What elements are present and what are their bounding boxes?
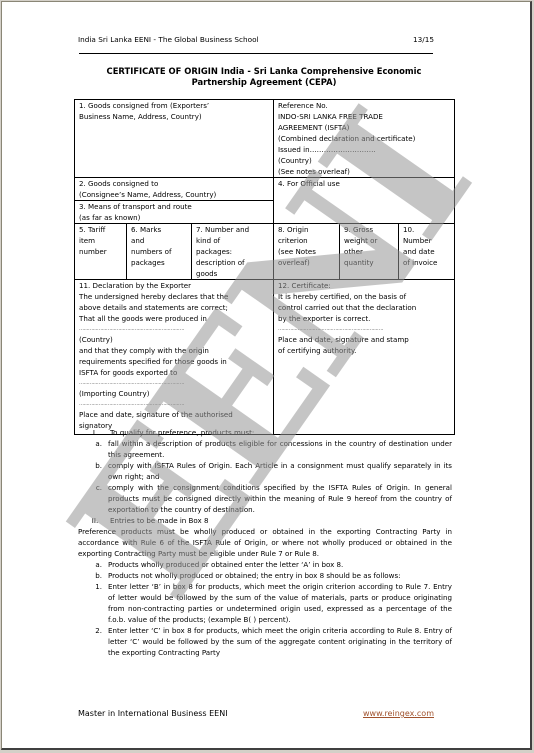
note-text: Products not wholly produced or obtained… [108,570,452,581]
box-12-certificate: 12. Certificate: It is hereby certified,… [274,280,455,435]
note-number: 1. [78,581,108,625]
box-11-heading: 11. Declaration by the Exporter [79,280,269,291]
box-12-text: It is hereby certified, on the basis of … [278,291,450,324]
box-11-text: The undersigned hereby declares that the… [79,291,269,324]
box-11-compliance-text: and that they comply with the origin req… [79,345,269,378]
note-I-a: a. fall within a description of products… [78,438,452,460]
document-title: CERTIFICATE OF ORIGIN India - Sri Lanka … [74,66,454,88]
note-text: Products wholly produced or obtained ent… [108,559,452,570]
note-II-paragraph: Preference products must be wholly produ… [78,526,452,559]
note-II-b-2: 2. Enter letter ‘C’ in box 8 for product… [78,625,452,658]
footer-text: Master in International Business EENI [78,709,228,718]
footer-link[interactable]: www.reingex.com [363,709,434,718]
authority-signature-label: Place and date, signature and stamp of c… [278,334,450,356]
certificate-form: 1. Goods consigned from (Exporters’ Busi… [74,99,455,435]
note-text: Enter letter ‘B’ in box 8 for products, … [108,581,452,625]
box-12-heading: 12. Certificate: [278,280,450,291]
note-II-b: b. Products not wholly produced or obtai… [78,570,452,581]
box-4-official-use: 4. For Official use [274,178,455,224]
note-number: II. [78,515,110,526]
note-II-b-1: 1. Enter letter ‘B’ in box 8 for product… [78,581,452,625]
page-header: India Sri Lanka EENI - The Global Busine… [78,35,434,44]
box-10-invoice: 10. Number and date of invoice [399,224,455,280]
page-footer: Master in International Business EENI ww… [78,709,434,718]
note-text: To qualify for preference, products must… [110,427,452,438]
box-9-gross-weight: 9. Gross weight or other quantity [340,224,399,280]
header-title: India Sri Lanka EENI - The Global Busine… [78,35,259,44]
title-line-2: Partnership Agreement (CEPA) [74,77,454,88]
note-text: Entries to be made in Box 8 [110,515,452,526]
box-3-transport: 3. Means of transport and route (as far … [75,201,274,224]
note-text: comply with ISFTA Rules of Origin. Each … [108,460,452,482]
authority-dotted-line: ……………………………………………………………. [278,324,450,334]
note-text: fall within a description of products el… [108,438,452,460]
box-2-consignee: 2. Goods consigned to (Consignee’s Name,… [75,178,274,201]
importing-dotted-line: ……………………………………………………………. [79,378,269,388]
country-label: (Country) [79,334,269,345]
title-line-1: CERTIFICATE OF ORIGIN India - Sri Lanka … [74,66,454,77]
box-11-declaration: 11. Declaration by the Exporter The unde… [75,280,274,435]
country-dotted-line: ……………………………………………………………. [79,324,269,334]
importing-country-label: (Importing Country) [79,388,269,399]
signature-dotted-line: ……………………………………………………………. [79,399,269,409]
note-I-c: c. comply with the consignment condition… [78,482,452,515]
note-I-b: b. comply with ISFTA Rules of Origin. Ea… [78,460,452,482]
note-II-a: a. Products wholly produced or obtained … [78,559,452,570]
note-text: comply with the consignment conditions s… [108,482,452,515]
note-number: b. [78,570,108,581]
note-number: b. [78,460,108,482]
box-5-tariff: 5. Tariff item number [75,224,127,280]
document-page: India Sri Lanka EENI - The Global Busine… [1,1,532,750]
note-number: I. [78,427,110,438]
reference-box: Reference No. INDO-SRI LANKA FREE TRADE … [274,100,455,178]
notes-section: I. To qualify for preference, products m… [78,427,452,658]
box-8-origin-criterion: 8. Origin criterion (see Notes overleaf) [274,224,340,280]
page-number: 13/15 [413,35,434,44]
note-I: I. To qualify for preference, products m… [78,427,452,438]
note-number: c. [78,482,108,515]
header-divider [79,53,433,54]
box-6-marks: 6. Marks and numbers of packages [127,224,192,280]
note-number: 2. [78,625,108,658]
note-number: a. [78,438,108,460]
box-7-packages: 7. Number and kind of packages: descript… [192,224,274,280]
note-II: II. Entries to be made in Box 8 [78,515,452,526]
note-number: a. [78,559,108,570]
note-text: Enter letter ‘C’ in box 8 for products, … [108,625,452,658]
box-1-consignor: 1. Goods consigned from (Exporters’ Busi… [75,100,274,178]
